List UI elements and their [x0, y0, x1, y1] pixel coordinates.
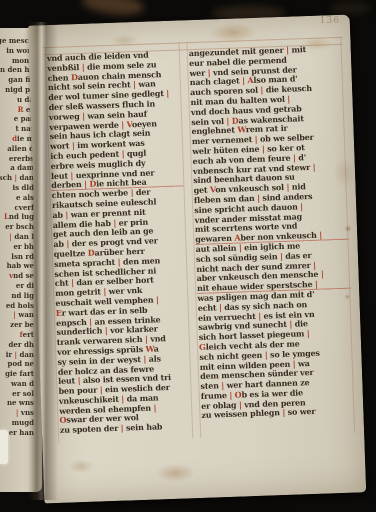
text-line: u da [0, 95, 34, 105]
rubric-virgule: | [289, 319, 292, 329]
rubric-virgule: | [315, 279, 318, 289]
text-line: cverf [0, 203, 34, 213]
text-line: gie fart [0, 369, 34, 379]
rubric-virgule: | [71, 278, 74, 288]
rubric-initial: O [59, 415, 66, 425]
rubric-virgule: | [121, 148, 124, 158]
text-line: wan d [0, 379, 34, 389]
rubric-virgule: | [239, 399, 242, 409]
text-line: zer be [0, 320, 34, 330]
text-line: e als [0, 193, 34, 203]
rubric-virgule: | [255, 134, 258, 144]
text-line: nd lig [0, 291, 34, 301]
rubric-virgule: | [257, 193, 260, 203]
rubric-virgule: | [321, 269, 324, 279]
text-line: sch | dan [0, 173, 34, 183]
rubric-initial: D [89, 179, 96, 189]
text-line: R er [0, 105, 34, 115]
text-line: er di [0, 281, 34, 291]
rubric-virgule: | [113, 217, 116, 227]
rubric-virgule: | [70, 170, 73, 180]
text-line: ne wns [0, 398, 34, 408]
rubric-virgule: | [121, 394, 124, 404]
rubric-virgule: | [77, 375, 80, 385]
rubric-virgule: | [82, 111, 85, 121]
text-line: die m [0, 134, 34, 144]
text-line: pod ne [0, 359, 34, 369]
rubric-initial: R [18, 105, 24, 114]
rubric-initial: O [235, 389, 242, 399]
rubric-initial: L [4, 212, 9, 221]
text-line: er bsch [0, 222, 34, 232]
rubric-virgule: | [153, 402, 156, 412]
rubric-virgule: | [14, 173, 17, 182]
rubric-virgule: | [117, 256, 120, 266]
rubric-virgule: | [287, 94, 290, 104]
folio-number: 136 [320, 16, 340, 26]
text-line: Lnd lug [0, 212, 34, 222]
rubric-virgule: | [226, 115, 229, 125]
text-line: | vns [0, 408, 34, 418]
rubric-virgule: | [286, 182, 289, 192]
rubric-initial: D [232, 115, 239, 125]
rubric-initial: V [210, 184, 216, 194]
rubric-initial: D [88, 248, 95, 258]
stain-top-right [330, 2, 370, 14]
text-line: er bh [0, 242, 34, 252]
rubric-virgule: | [300, 201, 303, 211]
rubric-virgule: | [156, 294, 159, 304]
manuscript-page: 136 vnd auch die leiden vndvenbßil | die… [28, 15, 366, 504]
rubric-virgule: | [82, 62, 85, 72]
text-line: allen d [0, 144, 34, 154]
text-line: is dld [0, 183, 34, 193]
rubric-virgule: | [105, 325, 108, 335]
text-column-left: vnd auch die leiden vndvenbßil | die mom… [47, 50, 192, 436]
rubric-virgule: | [260, 85, 263, 95]
rubric-virgule: | [166, 88, 169, 98]
rubric-virgule: | [9, 232, 12, 241]
rubric-virgule: | [89, 316, 92, 326]
rubric-initial: d [12, 134, 17, 143]
rubric-virgule: | [103, 286, 106, 296]
rubric-initial: v [9, 271, 13, 280]
text-line: zu spoten der | sein hab [60, 422, 192, 436]
rubric-virgule: | [130, 187, 133, 197]
text-line: der dh [0, 340, 34, 350]
rubric-virgule: | [14, 350, 17, 359]
rubric-initial: f [20, 330, 23, 339]
rubric-initial: A [247, 75, 253, 85]
text-line: | dan l [0, 232, 34, 242]
rubric-initial: A [234, 233, 240, 243]
rubric-virgule: | [219, 302, 222, 312]
rubric-virgule: | [207, 67, 210, 77]
rubric-initial: E [56, 307, 62, 317]
rubric-initial: G [199, 342, 206, 352]
rubric-virgule: | [319, 230, 322, 240]
rubric-virgule: | [312, 161, 315, 171]
text-line: fert [0, 330, 34, 340]
text-line: vnd se [0, 271, 34, 281]
rubric-virgule: | [133, 79, 136, 89]
text-column-right: angezundet mit gener | miteur nabel die … [189, 44, 356, 421]
text-line: mugd [0, 418, 34, 428]
rubric-virgule: | [293, 152, 296, 162]
rubric-initial: D [71, 72, 78, 82]
rubric-virgule: | [13, 310, 16, 319]
rubric-virgule: | [258, 310, 261, 320]
text-line: er sol [0, 389, 34, 399]
rubric-virgule: | [121, 119, 124, 129]
rubric-virgule: | [121, 423, 124, 433]
rubric-virgule: | [16, 408, 19, 417]
rubric-virgule: | [265, 349, 268, 359]
rubric-virgule: | [262, 144, 265, 154]
text-line: ed hols [0, 301, 34, 311]
text-line: hab we [0, 261, 34, 271]
rubric-initial: V [126, 119, 132, 129]
rubric-virgule: | [100, 384, 103, 394]
rubric-virgule: | [307, 328, 310, 338]
rubric-virgule: | [229, 390, 232, 400]
rubric-virgule: | [65, 209, 68, 219]
manuscript-photo: ge meschin wortmondn den hagan firnigd p… [0, 0, 376, 512]
rubric-virgule: | [282, 408, 285, 418]
facing-page-text: ge meschin wortmondn den hagan firnigd p… [0, 36, 34, 438]
stain-top-left [81, 0, 145, 18]
rubric-virgule: | [242, 76, 245, 86]
text-line: a dam [0, 163, 34, 173]
text-line: ererbs [0, 154, 34, 164]
rubric-virgule: | [239, 242, 242, 252]
rubric-initial: W [145, 343, 153, 353]
text-line: lsn rd [0, 252, 34, 262]
rubric-virgule: | [292, 358, 295, 368]
text-line: | wan [0, 310, 34, 320]
rubric-virgule: | [286, 45, 289, 55]
rubric-virgule: | [313, 259, 316, 269]
text-line: e pas [0, 114, 34, 124]
rubric-virgule: | [143, 354, 146, 364]
rubric-initial: W [237, 125, 246, 135]
page-edge-tab [0, 430, 8, 464]
rubric-virgule: | [221, 380, 224, 390]
rubric-virgule: | [280, 251, 283, 261]
rubric-virgule: | [72, 140, 75, 150]
rubric-virgule: | [66, 239, 69, 249]
text-line: t nat [0, 124, 34, 134]
text-line: ir | dan [0, 350, 34, 360]
rubric-virgule: | [145, 334, 148, 344]
rubric-virgule: | [84, 179, 87, 189]
